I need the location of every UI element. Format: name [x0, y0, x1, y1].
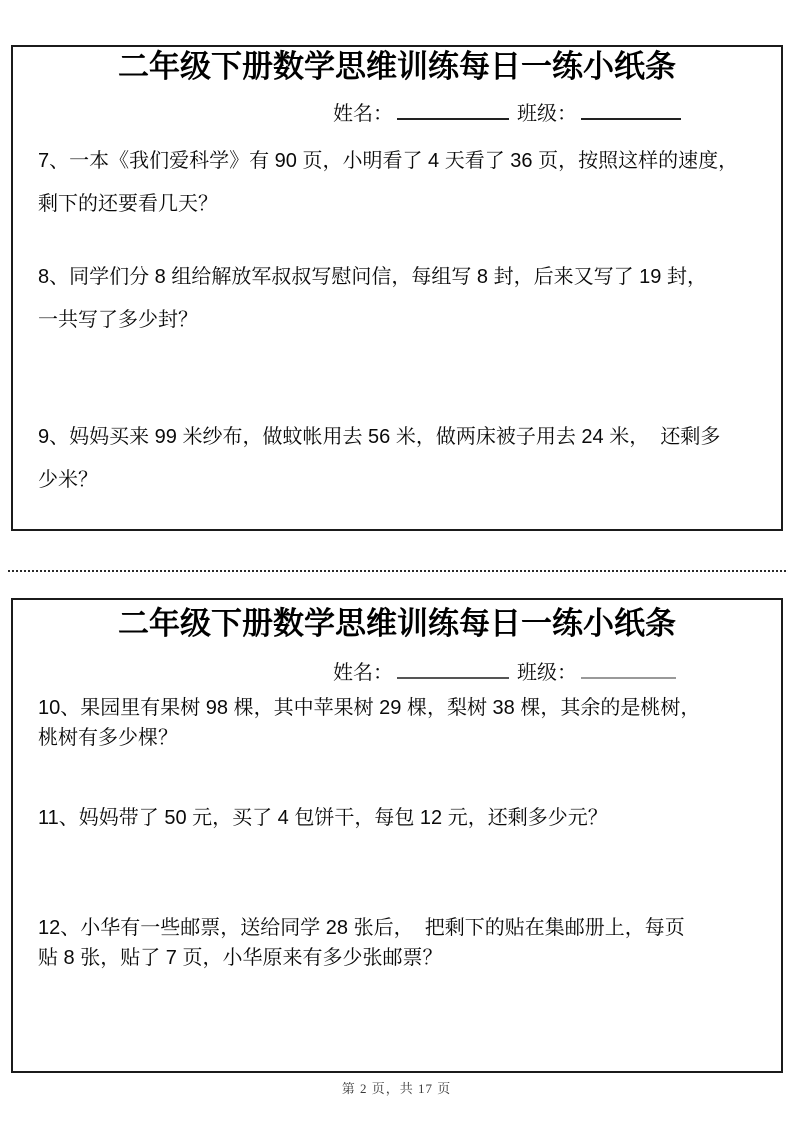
- question-7: 7、一本《我们爱科学》有 90 页，小明看了 4 天看了 36 页，按照这样的速…: [38, 140, 761, 226]
- question-11: 11、妈妈带了 50 元，买了 4 包饼干，每包 12 元，还剩多少元？: [38, 803, 761, 833]
- question-12-line-2: 贴 8 张，贴了 7 页，小华原来有多少张邮票？: [38, 943, 761, 973]
- question-8-line-2: 一共写了多少封？: [38, 299, 761, 342]
- question-8: 8、同学们分 8 组给解放军叔叔写慰问信，每组写 8 封，后来又写了 19 封，…: [38, 256, 761, 342]
- class-label: 班级：: [517, 103, 577, 125]
- question-9: 9、妈妈买来 99 米纱布，做蚊帐用去 56 米，做两床被子用去 24 米， 还…: [38, 416, 761, 502]
- question-10: 10、果园里有果树 98 棵，其中苹果树 29 棵，梨树 38 棵，其余的是桃树…: [38, 693, 761, 753]
- question-10-line-1: 10、果园里有果树 98 棵，其中苹果树 29 棵，梨树 38 棵，其余的是桃树…: [38, 693, 761, 723]
- question-9-line-2: 少米？: [38, 459, 761, 502]
- name-class-row: 姓名：班级：: [333, 661, 676, 685]
- worksheet-section-2: 二年级下册数学思维训练每日一练小纸条 姓名：班级： 10、果园里有果树 98 棵…: [11, 598, 783, 1073]
- name-class-row: 姓名：班级：: [333, 102, 681, 126]
- name-label: 姓名：: [333, 103, 393, 125]
- name-blank-line: [397, 662, 509, 679]
- question-8-line-1: 8、同学们分 8 组给解放军叔叔写慰问信，每组写 8 封，后来又写了 19 封，: [38, 256, 761, 299]
- name-label: 姓名：: [333, 662, 393, 684]
- question-12: 12、小华有一些邮票，送给同学 28 张后， 把剩下的贴在集邮册上，每页 贴 8…: [38, 913, 761, 973]
- question-9-line-1: 9、妈妈买来 99 米纱布，做蚊帐用去 56 米，做两床被子用去 24 米， 还…: [38, 416, 761, 459]
- question-7-line-2: 剩下的还要看几天？: [38, 183, 761, 226]
- page-number: 第 2 页，共 17 页: [0, 1081, 793, 1097]
- class-label: 班级：: [517, 662, 577, 684]
- class-blank-line: [581, 662, 676, 679]
- question-12-line-1: 12、小华有一些邮票，送给同学 28 张后， 把剩下的贴在集邮册上，每页: [38, 913, 761, 943]
- name-blank-line: [397, 103, 509, 120]
- class-blank-line: [581, 103, 681, 120]
- worksheet-title: 二年级下册数学思维训练每日一练小纸条: [13, 50, 781, 84]
- worksheet-title: 二年级下册数学思维训练每日一练小纸条: [13, 607, 781, 641]
- question-10-line-2: 桃树有多少棵？: [38, 723, 761, 753]
- question-11-line-1: 11、妈妈带了 50 元，买了 4 包饼干，每包 12 元，还剩多少元？: [38, 803, 761, 833]
- worksheet-section-1: 二年级下册数学思维训练每日一练小纸条 姓名：班级： 7、一本《我们爱科学》有 9…: [11, 45, 783, 531]
- worksheet-page: 二年级下册数学思维训练每日一练小纸条 姓名：班级： 7、一本《我们爱科学》有 9…: [0, 0, 793, 1121]
- question-7-line-1: 7、一本《我们爱科学》有 90 页，小明看了 4 天看了 36 页，按照这样的速…: [38, 140, 761, 183]
- dotted-cut-line: [8, 570, 786, 572]
